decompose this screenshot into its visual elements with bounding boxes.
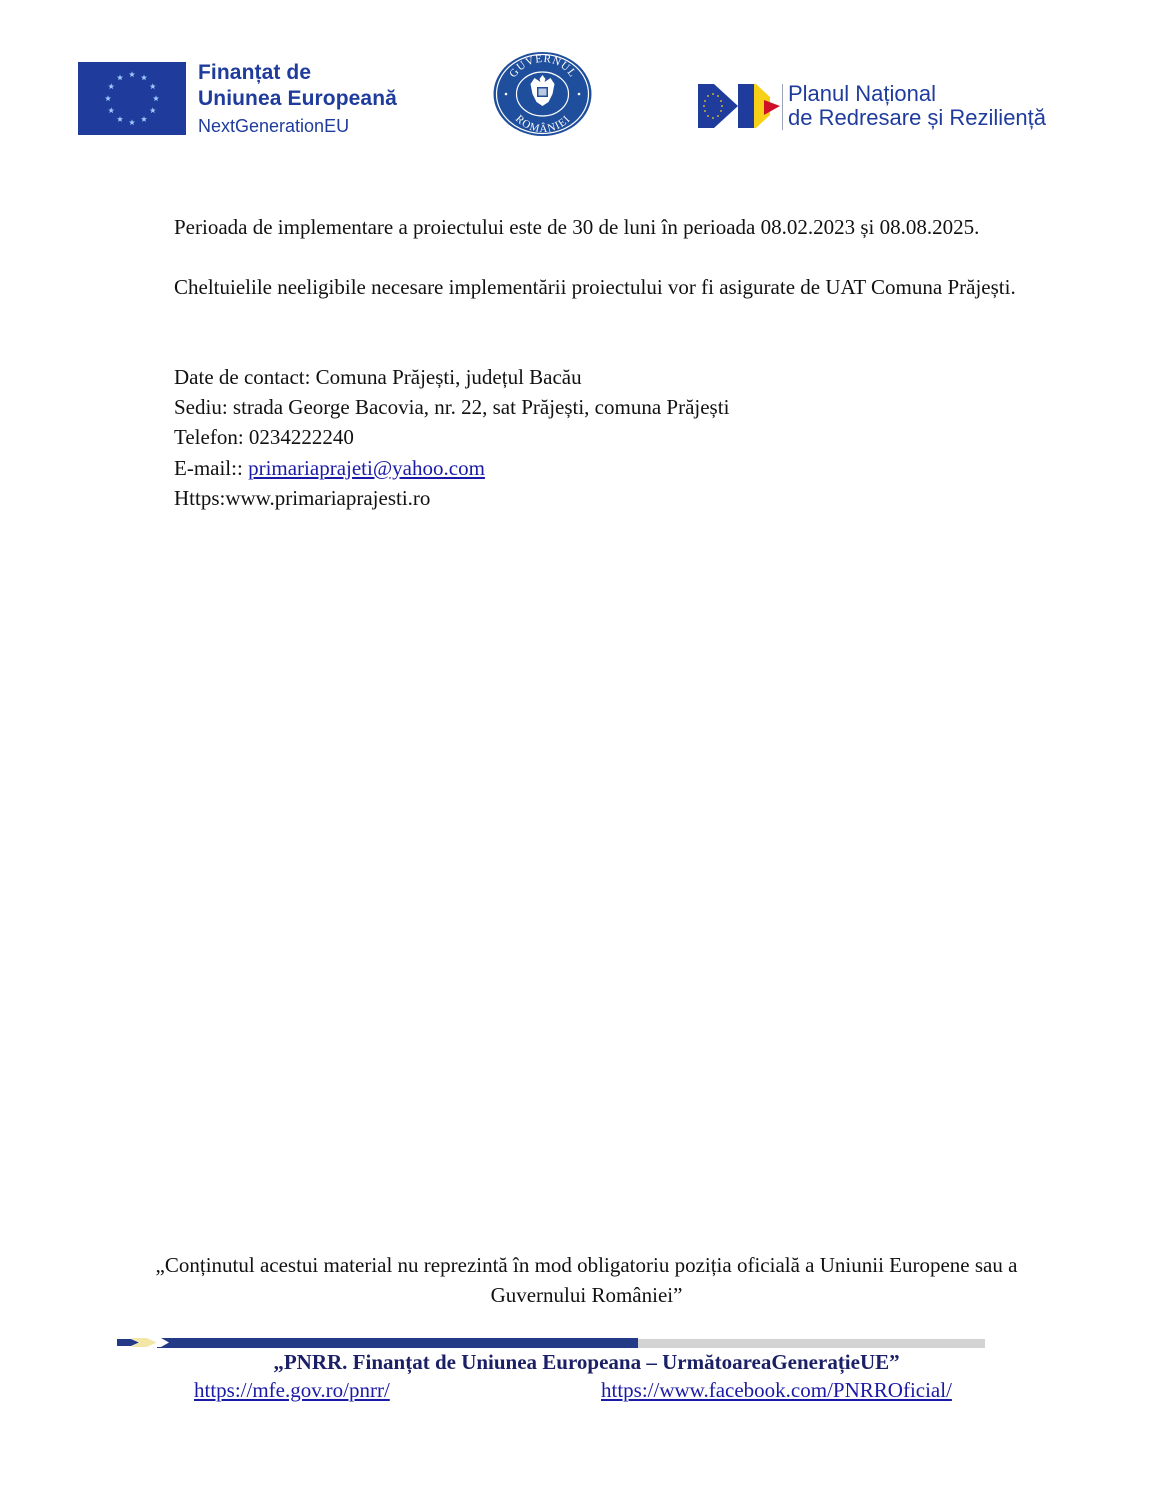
eu-funding-label: Finanțat de Uniunea Europeană NextGenera… (198, 60, 397, 139)
eu-line-3: NextGenerationEU (198, 113, 397, 139)
pnrr-line-1: Planul Național (788, 82, 1046, 106)
facebook-pnrr-link[interactable]: https://www.facebook.com/PNRROficial/ (601, 1376, 952, 1404)
eu-line-1: Finanțat de (198, 60, 397, 86)
footer-bar-gray (638, 1339, 985, 1348)
mfe-pnrr-link[interactable]: https://mfe.gov.ro/pnrr/ (194, 1376, 390, 1404)
footer-bar (117, 1337, 985, 1348)
footer-arrow-icon (117, 1337, 177, 1348)
email-link[interactable]: primariaprajeti@yahoo.com (248, 456, 485, 480)
contact-phone: Telefon: 0234222240 (174, 422, 729, 452)
contact-title: Date de contact: Comuna Prăjești, județu… (174, 362, 729, 392)
eu-disclaimer: „Conținutul acestui material nu reprezin… (110, 1250, 1063, 1310)
pnrr-arrows-icon (698, 84, 780, 128)
footer-bar-blue (157, 1338, 638, 1348)
pnrr-line-2: de Redresare și Reziliență (788, 106, 1046, 130)
guvernul-romaniei-seal-icon: GUVERNUL ROMÂNIEI (492, 51, 593, 137)
implementation-period-paragraph: Perioada de implementare a proiectului e… (174, 212, 1054, 242)
pnrr-divider (782, 84, 783, 130)
contact-address: Sediu: strada George Bacovia, nr. 22, sa… (174, 392, 729, 422)
ineligible-costs-paragraph: Cheltuielile neeligibile necesare implem… (107, 272, 1067, 302)
contact-block: Date de contact: Comuna Prăjești, județu… (174, 362, 729, 513)
pnrr-label: Planul Național de Redresare și Rezilien… (788, 82, 1046, 130)
pnrr-slogan: „PNRR. Finanțat de Uniunea Europeana – U… (110, 1348, 1063, 1376)
contact-website: Https:www.primariaprajesti.ro (174, 483, 729, 513)
eu-flag-icon (78, 62, 186, 135)
email-label: E-mail:: (174, 456, 248, 480)
eu-line-2: Uniunea Europeană (198, 86, 397, 112)
contact-email-row: E-mail:: primariaprajeti@yahoo.com (174, 453, 729, 483)
